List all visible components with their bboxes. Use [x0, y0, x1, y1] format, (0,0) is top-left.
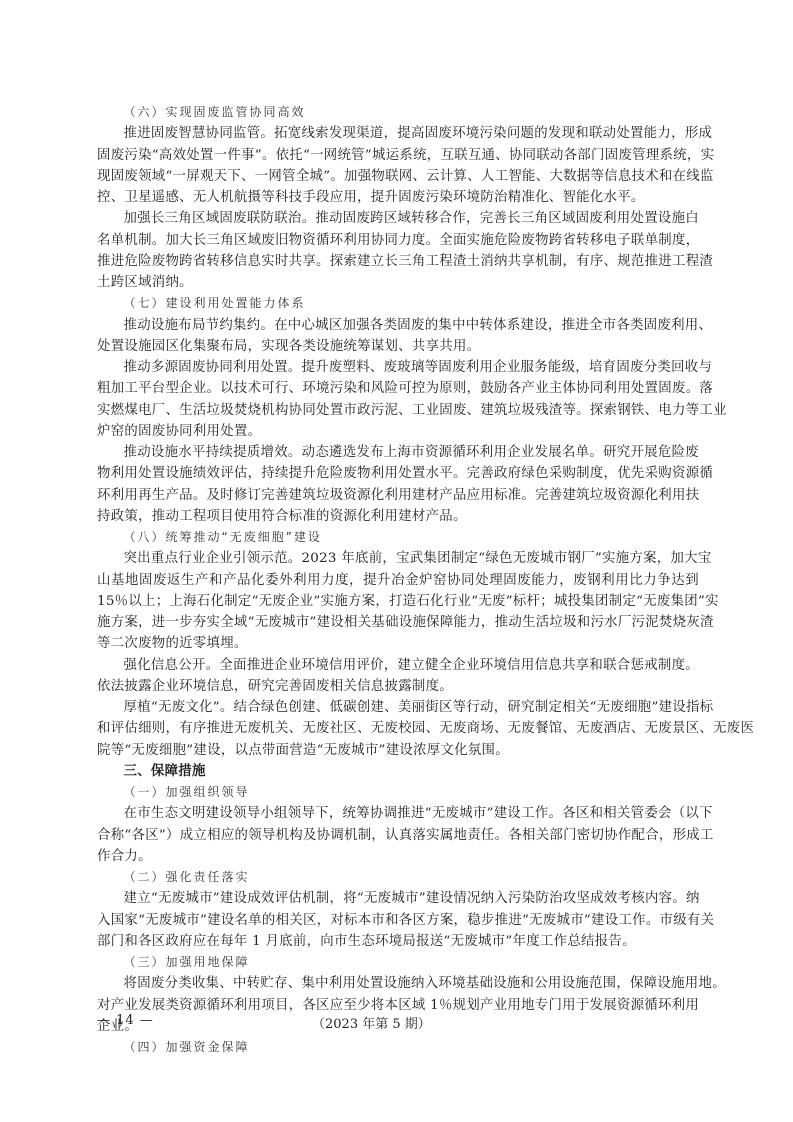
paragraph-line: 持政策，推动工程项目使用符合标准的资源化利用建材产品。: [97, 506, 699, 527]
subheading-2: （二）强化责任落实: [97, 867, 699, 888]
paragraph-line: 厚植“无废文化”。结合绿色创建、低碳创建、美丽街区等行动，研究制定相关“无废细胞…: [97, 697, 699, 718]
paragraph-line: 名单机制。加大长三角区域废旧物资循环利用协同力度。全面实施危险废物跨省转移电子联…: [97, 230, 699, 251]
paragraph-line: 15％以上；上海石化制定“无废企业”实施方案，打造石化行业“无废”标杆；城投集团…: [97, 591, 699, 612]
paragraph-line: 和评估细则，有序推进无废机关、无废社区、无废校园、无废商场、无废餐馆、无废酒店、…: [97, 718, 699, 739]
subheading-8: （八）统筹推动“无废细胞”建设: [97, 527, 699, 548]
paragraph-line: 固废污染“高效处置一件事”。依托“一网统管”城运系统，互联互通、协同联动各部门固…: [97, 145, 699, 166]
paragraph-line: 环利用再生产品。及时修订完善建筑垃圾资源化利用建材产品应用标准。完善建筑垃圾资源…: [97, 485, 699, 506]
paragraph-line: 控、卫星遥感、无人机航摄等科技手段应用，提升固废污染环境防治精准化、智能化水平。: [97, 187, 699, 208]
paragraph-line: 施方案，进一步夯实全域“无废城市”建设相关基础设施保障能力，推动生活垃圾和污水厂…: [97, 612, 699, 633]
paragraph-line: 推动设施水平持续提质增效。动态遴选发布上海市资源循环利用企业发展名单。研究开展危…: [97, 442, 699, 463]
paragraph-line: 处置设施园区化集聚布局，实现各类设施统筹谋划、共享共用。: [97, 336, 699, 357]
paragraph-line: 推动多源固废协同利用处置。提升废塑料、废玻璃等固废利用企业服务能级，培育固废分类…: [97, 357, 699, 378]
paragraph-line: 推进危险废物跨省转移信息实时共享。探索建立长三角工程渣土消纳共享机制，有序、规范…: [97, 251, 699, 272]
subheading-7: （七）建设利用处置能力体系: [97, 293, 699, 314]
paragraph-line: 推进固废智慧协同监管。拓宽线索发现渠道，提高固废环境污染问题的发现和联动处置能力…: [97, 123, 699, 144]
page-footer: — 14 — （2023 年第 5 期）: [97, 1013, 699, 1035]
paragraph-line: 合称“各区”）成立相应的领导机构及协调机制，认真落实属地责任。各相关部门密切协作…: [97, 825, 699, 846]
paragraph-line: 实燃煤电厂、生活垃圾焚烧机构协同处置市政污泥、工业固废、建筑垃圾残渣等。探索钢铁…: [97, 400, 699, 421]
page-number: — 14 —: [97, 1013, 154, 1028]
paragraph-line: 入国家“无废城市”建设名单的相关区，对标本市和各区方案，稳步推进“无废城市”建设…: [97, 910, 699, 931]
paragraph-line: 依法披露企业环境信息，研究完善固废相关信息披露制度。: [97, 676, 699, 697]
paragraph-line: 加强长三角区域固废联防联治。推动固废跨区域转移合作，完善长三角区域固废利用处置设…: [97, 208, 699, 229]
subheading-6: （六）实现固废监管协同高效: [97, 102, 699, 123]
paragraph-line: 炉窑的固废协同利用处置。: [97, 421, 699, 442]
paragraph-line: 强化信息公开。全面推进企业环境信用评价，建立健全企业环境信用信息共享和联合惩戒制…: [97, 655, 699, 676]
paragraph-line: 等二次废物的近零填埋。: [97, 633, 699, 654]
paragraph-line: 作合力。: [97, 846, 699, 867]
document-body: （六）实现固废监管协同高效 推进固废智慧协同监管。拓宽线索发现渠道，提高固废环境…: [97, 102, 699, 1058]
subheading-4: （四）加强资金保障: [97, 1037, 699, 1058]
paragraph-line: 山基地固废返生产和产品化委外利用力度，提升冶金炉窑协同处理固废能力，废钢利用比力…: [97, 570, 699, 591]
paragraph-line: 粗加工平台型企业。以技术可行、环境污染和风险可控为原则，鼓励各产业主体协同利用处…: [97, 378, 699, 399]
paragraph-line: 土跨区域消纳。: [97, 272, 699, 293]
subheading-3: （三）加强用地保障: [97, 952, 699, 973]
paragraph-line: 物利用处置设施绩效评估，持续提升危险废物利用处置水平。完善政府绿色采购制度，优先…: [97, 463, 699, 484]
issue-label: （2023 年第 5 期）: [312, 1013, 431, 1032]
paragraph-line: 院等“无废细胞”建设，以点带面营造“无废城市”建设浓厚文化氛围。: [97, 740, 699, 761]
paragraph-line: 突出重点行业企业引领示范。2023 年底前，宝武集团制定“绿色无废城市钢厂”实施…: [97, 548, 699, 569]
paragraph-line: 在市生态文明建设领导小组领导下，统筹协调推进“无废城市”建设工作。各区和相关管委…: [97, 803, 699, 824]
section-heading-3: 三、保障措施: [97, 761, 699, 782]
paragraph-line: 建立“无废城市”建设成效评估机制，将“无废城市”建设情况纳入污染防治攻坚成效考核…: [97, 888, 699, 909]
paragraph-line: 将固废分类收集、中转贮存、集中利用处置设施纳入环境基础设施和公用设施范围，保障设…: [97, 973, 699, 994]
paragraph-line: 部门和各区政府应在每年 1 月底前，向市生态环境局报送“无废城市”年度工作总结报…: [97, 931, 699, 952]
paragraph-line: 推动设施布局节约集约。在中心城区加强各类固废的集中中转体系建设，推进全市各类固废…: [97, 315, 699, 336]
paragraph-line: 现固废领域“一屏观天下、一网管全城”。加强物联网、云计算、人工智能、大数据等信息…: [97, 166, 699, 187]
subheading-1: （一）加强组织领导: [97, 782, 699, 803]
